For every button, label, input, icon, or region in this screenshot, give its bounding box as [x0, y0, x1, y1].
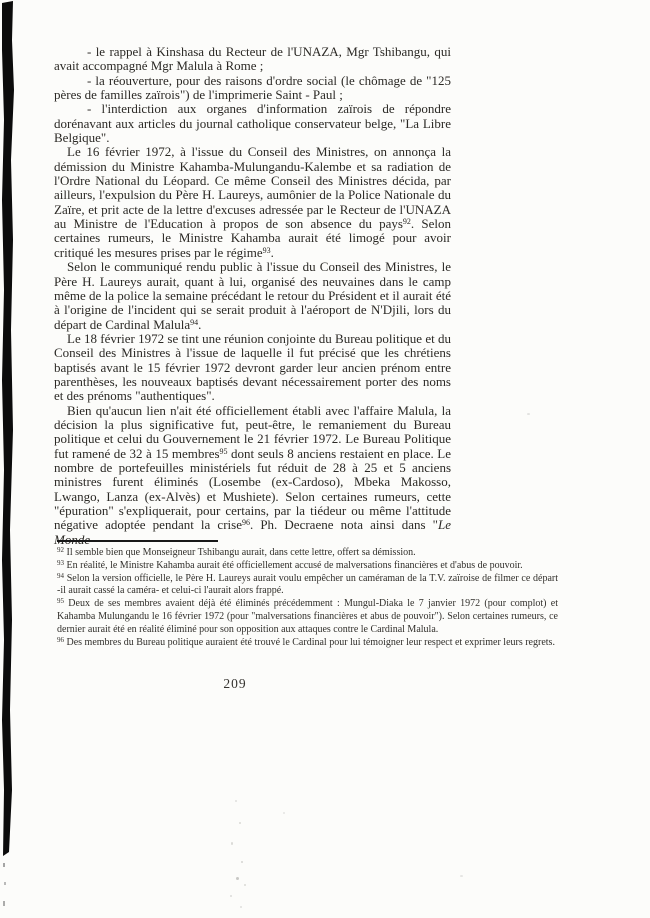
scan-speckle	[236, 877, 239, 880]
body-paragraph: Bien qu'aucun lien n'ait été officiellem…	[54, 404, 451, 547]
scan-speckle	[239, 822, 241, 824]
body-paragraph: - le rappel à Kinshasa du Recteur de l'U…	[54, 45, 451, 74]
scan-speckle	[527, 413, 530, 415]
page-body-text: - le rappel à Kinshasa du Recteur de l'U…	[54, 45, 451, 547]
text-run: - le rappel à Kinshasa du Recteur de l'U…	[54, 44, 451, 73]
footnote: 94 Selon la version officielle, le Père …	[57, 573, 558, 599]
text-run: Le 18 février 1972 se tint une réunion c…	[54, 331, 451, 403]
footnote-number: 93	[57, 559, 64, 567]
scan-speckle	[231, 842, 233, 845]
text-run: Selon le communiqué rendu public à l'iss…	[54, 259, 451, 331]
footnote-number: 94	[57, 572, 64, 580]
text-run: - la réouverture, pour des raisons d'ord…	[54, 73, 451, 102]
body-paragraph: - l'interdiction aux organes d'informati…	[54, 102, 451, 145]
body-paragraph: Le 18 février 1972 se tint une réunion c…	[54, 332, 451, 404]
text-run: - l'interdiction aux organes d'informati…	[54, 101, 451, 145]
body-paragraph: Le 16 février 1972, à l'issue du Conseil…	[54, 145, 451, 260]
text-run: .	[271, 245, 274, 260]
scan-speckle	[241, 861, 243, 863]
footnote: 95 Deux de ses membres avaient déjà été …	[57, 598, 558, 636]
footnote-reference: 94	[190, 318, 198, 327]
footnotes-section: 92 Il semble bien que Monseigneur Tshiba…	[57, 547, 558, 649]
footnote-reference: 95	[220, 447, 228, 456]
document-page: - le rappel à Kinshasa du Recteur de l'U…	[0, 0, 650, 918]
body-paragraph: Selon le communiqué rendu public à l'iss…	[54, 260, 451, 332]
text-run: . Ph. Decraene nota ainsi dans "	[250, 517, 438, 532]
footnote: 93 En réalité, le Ministre Kahamba aurai…	[57, 560, 558, 573]
scan-speckle	[244, 884, 246, 886]
scan-speckle	[240, 906, 242, 908]
footnote-number: 95	[57, 597, 64, 605]
footnote-separator	[57, 540, 218, 542]
scan-speckle	[230, 895, 232, 897]
footnote: 96 Des membres du Bureau politique aurai…	[57, 637, 558, 650]
footnote-number: 96	[57, 636, 64, 644]
footnote-reference: 96	[242, 518, 250, 527]
footnote-reference: 93	[263, 246, 271, 255]
text-run: Le 16 février 1972, à l'issue du Conseil…	[54, 144, 451, 231]
page-number: 209	[40, 676, 430, 692]
scan-speckle	[283, 812, 285, 814]
scan-speckle	[235, 800, 237, 802]
footnote-number: 92	[57, 546, 64, 554]
text-run: .	[198, 317, 201, 332]
scan-speckle	[460, 875, 463, 877]
footnote: 92 Il semble bien que Monseigneur Tshiba…	[57, 547, 558, 560]
scan-artifact-left-bar	[0, 0, 18, 918]
footnote-reference: 92	[403, 217, 411, 226]
body-paragraph: - la réouverture, pour des raisons d'ord…	[54, 74, 451, 103]
